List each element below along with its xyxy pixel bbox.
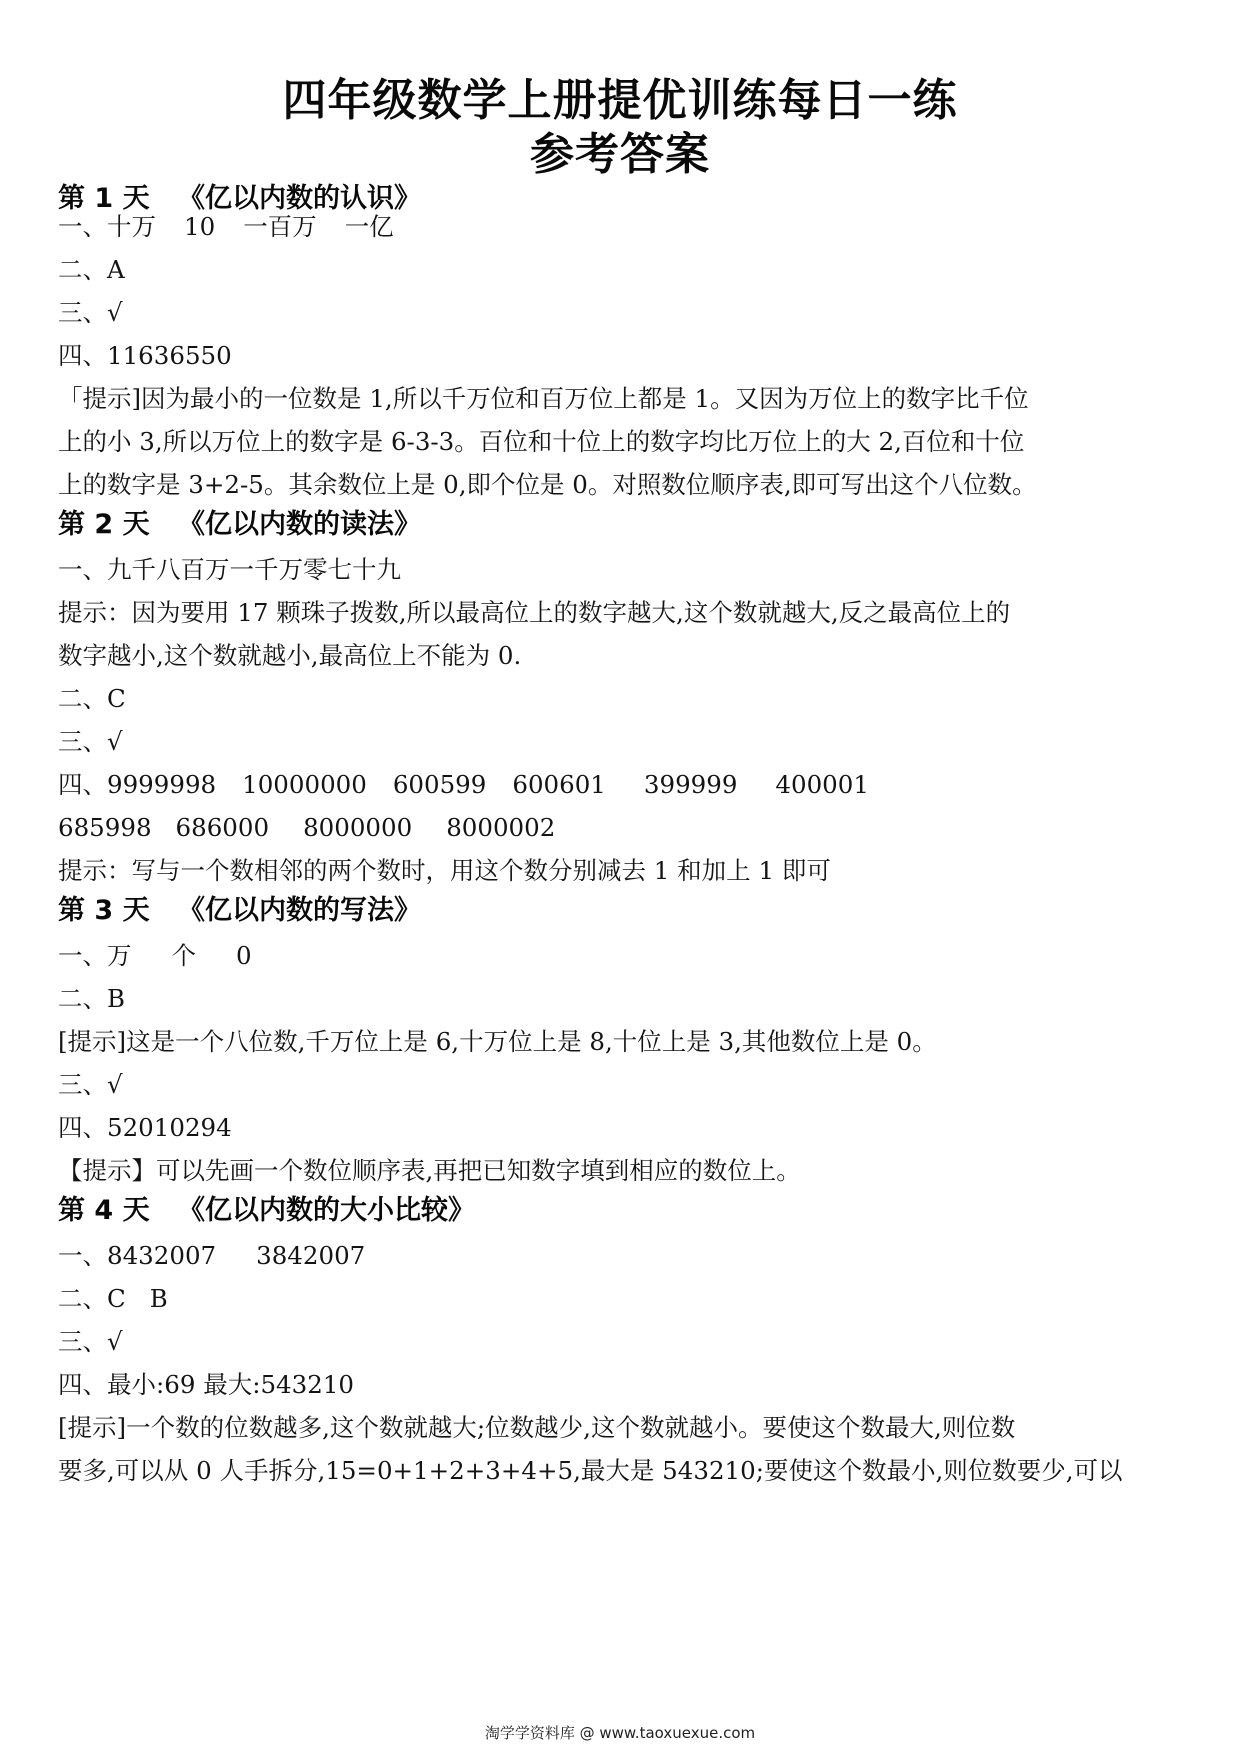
- answer-item: 个: [172, 941, 197, 970]
- day-label: 第 1 天: [58, 184, 178, 214]
- day-3-answer-1: 一、万个0: [58, 941, 1200, 971]
- answer-item: 0: [236, 941, 252, 970]
- day-3-answer-4: 四、52010294: [58, 1113, 1200, 1143]
- day-2-answer-3: 三、√: [58, 727, 1200, 757]
- day-4-answer-2: 二、CB: [58, 1284, 1200, 1314]
- day-1-hint-line-1: 「提示]因为最小的一位数是 1,所以千万位和百万位上都是 1。又因为万位上的数字…: [58, 384, 1200, 414]
- question-number: 一、: [58, 941, 107, 970]
- day-label: 第 3 天: [58, 896, 178, 926]
- day-1-heading: 第 1 天《亿以内数的认识》: [58, 184, 1200, 214]
- day-1-hint-line-3: 上的数字是 3+2-5。其余数位上是 0,即个位是 0。对照数位顺序表,即可写出…: [58, 470, 1200, 500]
- day-2-answer-4-row-2: 68599868600080000008000002: [58, 813, 1200, 843]
- day-4-heading: 第 4 天《亿以内数的大小比较》: [58, 1196, 1200, 1226]
- answer-item: 8000000: [303, 813, 412, 842]
- day-1-hint-line-2: 上的小 3,所以万位上的数字是 6-3-3。百位和十位上的数字均比万位上的大 2…: [58, 427, 1200, 457]
- watermark-footer: 淘学学资料库 @ www.taoxuexue.com: [0, 1722, 1240, 1743]
- topic-title: 《亿以内数的写法》: [178, 895, 421, 926]
- day-4-hint-line-2: 要多,可以从 0 人手拆分,15=0+1+2+3+4+5,最大是 543210;…: [58, 1456, 1200, 1486]
- answer-item: 十万: [107, 212, 156, 241]
- day-2-hint-1-line-1: 提示：因为要用 17 颗珠子拨数,所以最高位上的数字越大,这个数就越大,反之最高…: [58, 598, 1200, 628]
- answer-item: 9999998: [107, 770, 216, 799]
- answer-item: C: [107, 1284, 126, 1313]
- answer-item: 一百万: [243, 212, 317, 241]
- day-4-answer-1: 一、84320073842007: [58, 1241, 1200, 1271]
- day-3-answer-2: 二、B: [58, 984, 1200, 1014]
- answer-item: 600599: [393, 770, 487, 799]
- day-2-answer-1: 一、九千八百万一千万零七十九: [58, 555, 1200, 585]
- day-3-hint-1: [提示]这是一个八位数,千万位上是 6,十万位上是 8,十位上是 3,其他数位上…: [58, 1027, 1200, 1057]
- answer-item: 10: [184, 212, 215, 241]
- topic-title: 《亿以内数的大小比较》: [178, 1195, 475, 1226]
- topic-title: 《亿以内数的读法》: [178, 509, 421, 540]
- day-2-heading: 第 2 天《亿以内数的读法》: [58, 510, 1200, 540]
- day-4-answer-3: 三、√: [58, 1327, 1200, 1357]
- day-1-answer-2: 二、A: [58, 255, 1200, 285]
- day-1-answer-3: 三、√: [58, 298, 1200, 328]
- answer-item: 10000000: [242, 770, 367, 799]
- day-3-answer-3: 三、√: [58, 1070, 1200, 1100]
- topic-title: 《亿以内数的认识》: [178, 183, 421, 214]
- answer-item: 3842007: [256, 1241, 365, 1270]
- answer-item: 万: [107, 941, 132, 970]
- day-label: 第 2 天: [58, 510, 178, 540]
- question-number: 一、: [58, 1241, 107, 1270]
- day-label: 第 4 天: [58, 1196, 178, 1226]
- answer-item: 8432007: [107, 1241, 216, 1270]
- day-2-answer-2: 二、C: [58, 684, 1200, 714]
- answer-item: 685998: [58, 813, 152, 842]
- day-2-hint-1-line-2: 数字越小,这个数就越小,最高位上不能为 0.: [58, 641, 1200, 671]
- day-2-hint-2: 提示：写与一个数相邻的两个数时，用这个数分别减去 1 和加上 1 即可: [58, 856, 1200, 886]
- day-4-hint-line-1: [提示]一个数的位数越多,这个数就越大;位数越少,这个数就越小。要使这个数最大,…: [58, 1413, 1200, 1443]
- answer-item: 686000: [176, 813, 270, 842]
- page-subtitle: 参考答案: [0, 118, 1240, 182]
- day-2-answer-4-row-1: 四、99999981000000060059960060139999940000…: [58, 770, 1200, 800]
- answer-item: B: [150, 1284, 168, 1313]
- day-3-heading: 第 3 天《亿以内数的写法》: [58, 896, 1200, 926]
- answer-key-page: 四年级数学上册提优训练每日一练 参考答案 第 1 天《亿以内数的认识》 一、十万…: [0, 0, 1240, 1753]
- answer-item: 8000002: [446, 813, 555, 842]
- question-number: 二、: [58, 1284, 107, 1313]
- question-number: 一、: [58, 212, 107, 241]
- answer-item: 600601: [512, 770, 606, 799]
- day-1-answer-1: 一、十万10一百万一亿: [58, 212, 1200, 242]
- answer-item: 400001: [775, 770, 869, 799]
- day-3-hint-2: 【提示】可以先画一个数位顺序表,再把已知数字填到相应的数位上。: [58, 1156, 1200, 1186]
- answer-item: 一亿: [345, 212, 394, 241]
- question-number: 四、: [58, 770, 107, 799]
- day-1-answer-4: 四、11636550: [58, 341, 1200, 371]
- day-4-answer-4: 四、最小:69 最大:543210: [58, 1370, 1200, 1400]
- answer-item: 399999: [644, 770, 738, 799]
